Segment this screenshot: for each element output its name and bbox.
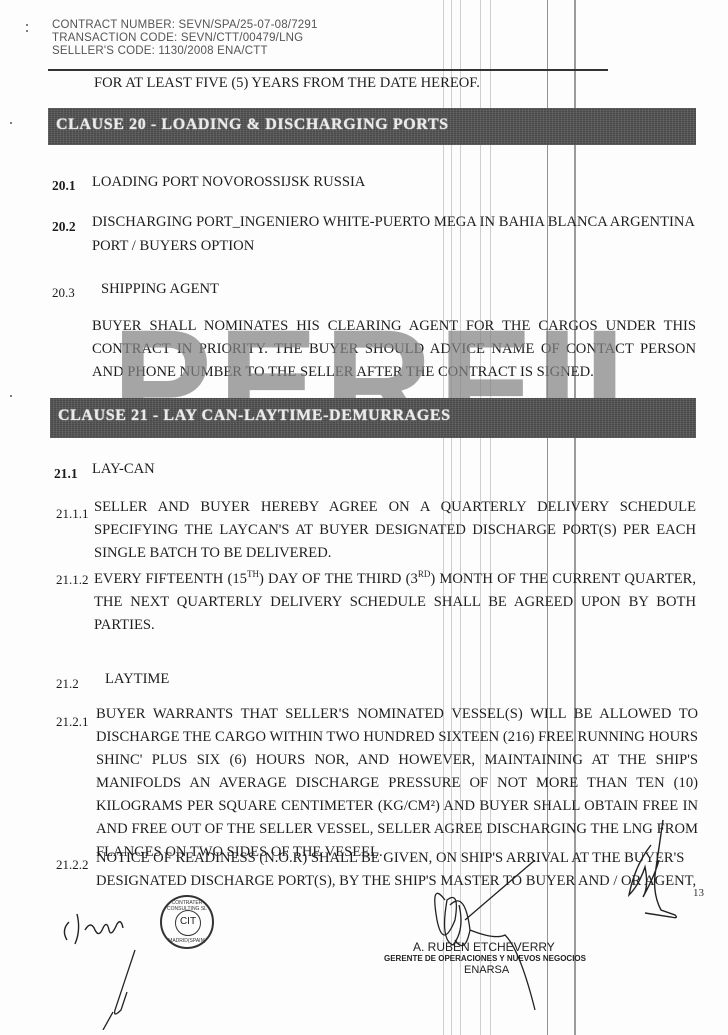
scan-speck [10,395,12,397]
section-number: 21.1 [54,466,78,482]
section-number: 21.1.1 [56,506,89,522]
continuation-text: FOR AT LEAST FIVE (5) YEARS FROM THE DAT… [94,72,480,95]
laycan-schedule-paragraph: SELLER AND BUYER HEREBY AGREE ON A QUART… [94,496,696,565]
section-number: 21.2 [56,676,79,692]
shipping-agent-paragraph: BUYER SHALL NOMINATES HIS CLEARING AGENT… [92,315,696,384]
delivery-schedule-paragraph: EVERY FIFTEENTH (15TH) DAY OF THE THIRD … [94,563,696,637]
header-rule [48,69,608,71]
clause-21-header: CLAUSE 21 - LAY CAN-LAYTIME-DEMURRAGES [50,398,696,438]
company-stamp: CONTRATER CONSULTING SL CIT MADRID(SPAIN… [160,895,214,949]
scan-speck [26,30,28,32]
left-signature [55,900,175,1030]
contract-number: CONTRACT NUMBER: SEVN/SPA/25-07-08/7291 [52,19,318,31]
right-signature [615,815,695,945]
nor-line1: NOTICE OF READINESS (N.O.R) SHALL BE GIV… [96,847,684,870]
stamp-center: CIT [175,910,201,936]
section-number: 21.1.2 [56,572,89,588]
signatory-company: ENARSA [464,964,509,976]
clause-20-header: CLAUSE 20 - LOADING & DISCHARGING PORTS [48,108,696,145]
signatory-title: GERENTE DE OPERACIONES Y NUEVOS NEGOCIOS [384,954,586,963]
section-number: 20.1 [52,178,76,194]
section-number: 21.2.2 [56,857,89,873]
section-number: 21.2.1 [56,714,89,730]
shipping-agent-heading: SHIPPING AGENT [101,278,219,301]
nor-line2: DESIGNATED DISCHARGE PORT(S), BY THE SHI… [96,870,696,893]
discharging-port-line1: DISCHARGING PORT_INGENIERO WHITE-PUERTO … [92,211,695,234]
laycan-heading: LAY-CAN [92,458,155,481]
scan-speck [26,24,28,26]
scan-speck [10,122,12,124]
section-number: 20.2 [52,219,76,235]
stamp-ring-bottom: MADRID(SPAIN) [162,938,212,944]
signatory-name: A. RUBEN ETCHEVERRY [413,940,555,954]
discharging-port-line2: PORT / BUYERS OPTION [92,235,254,258]
clause-20-title: CLAUSE 20 - LOADING & DISCHARGING PORTS [56,116,449,134]
loading-port: LOADING PORT NOVOROSSIJSK RUSSIA [92,171,365,194]
laytime-warranty-paragraph: BUYER WARRANTS THAT SELLER'S NOMINATED V… [96,703,698,864]
transaction-code: TRANSACTION CODE: SEVN/CTT/00479/LNG [52,32,303,44]
section-number: 20.3 [52,285,75,301]
clause-21-title: CLAUSE 21 - LAY CAN-LAYTIME-DEMURRAGES [58,407,451,425]
seller-code: SELLLER'S CODE: 1130/2008 ENA/CTT [52,45,268,57]
laytime-heading: LAYTIME [105,668,169,691]
